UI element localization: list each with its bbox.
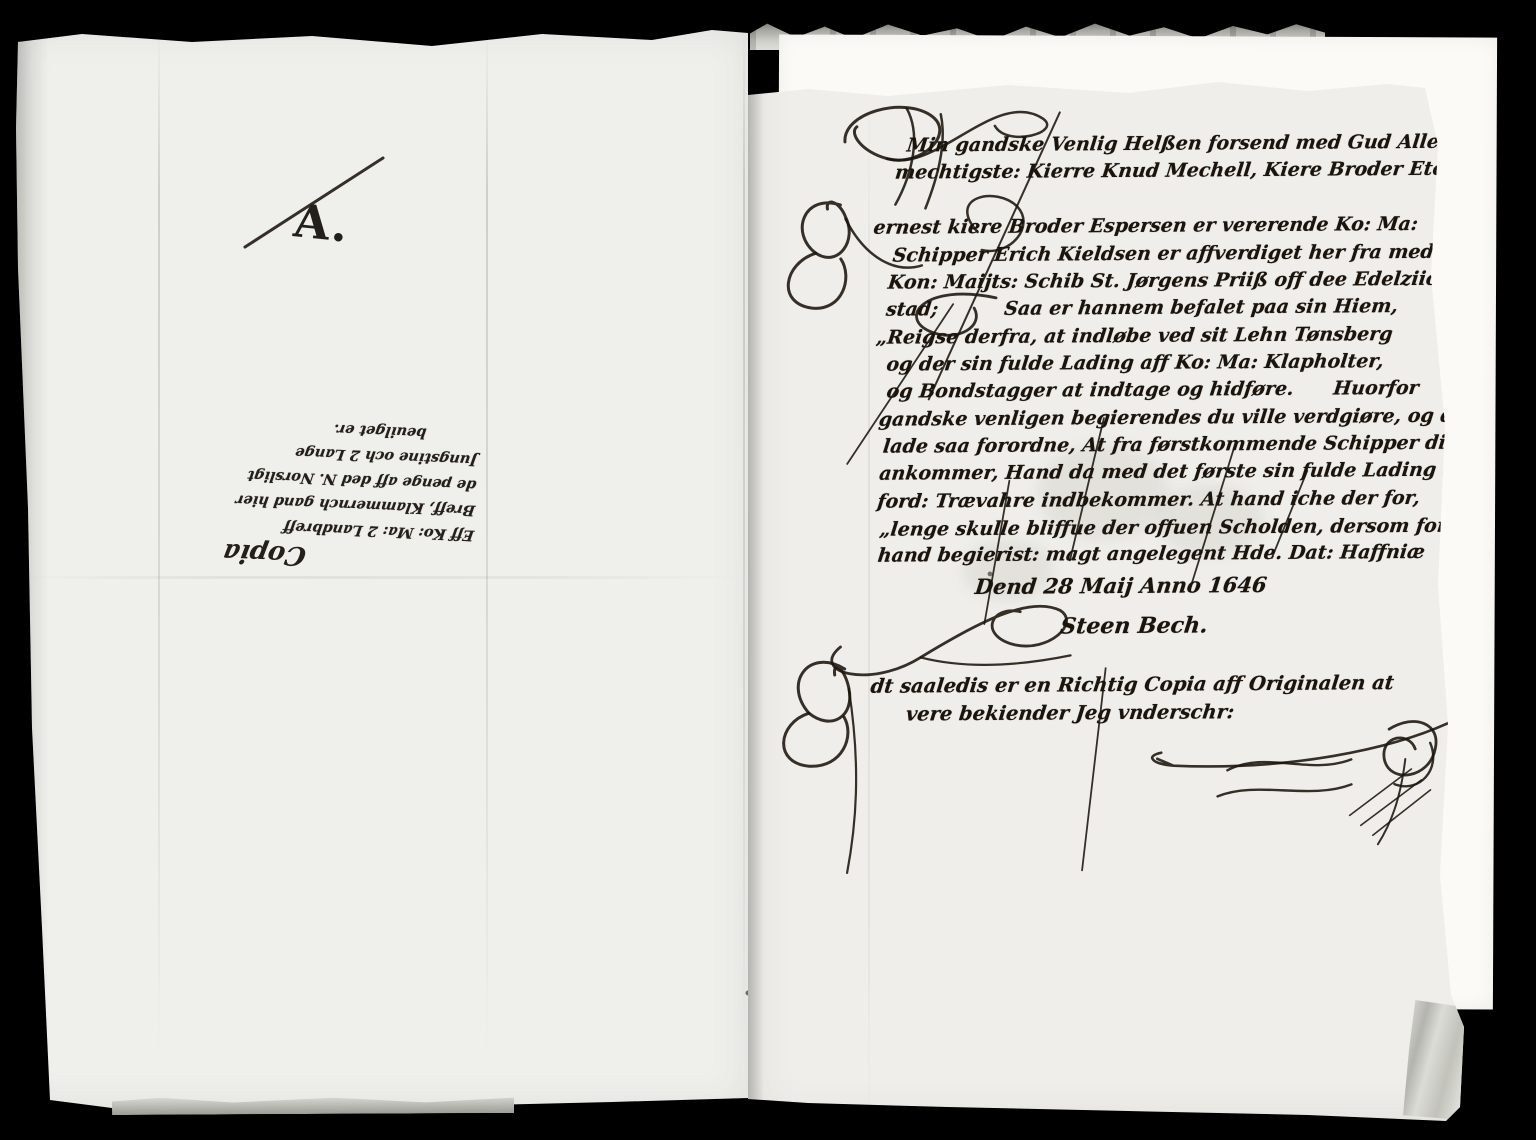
left-page: A. Copia Eff Ko: Ma: 2 Landbreff Breff, … <box>12 28 750 1110</box>
right-page: Min gandske Venlig Helßen forsend med Gu… <box>748 25 1498 1123</box>
archive-letter-mark: A. <box>291 193 352 253</box>
pen-flourishes-graphic <box>744 22 1502 1125</box>
manuscript-scan: A. Copia Eff Ko: Ma: 2 Landbreff Breff, … <box>0 0 1536 1140</box>
attestation-signature-scrawl <box>1152 721 1450 846</box>
docket-endorsement-rotated: Copia Eff Ko: Ma: 2 Landbreff Breff, Kla… <box>204 388 480 578</box>
